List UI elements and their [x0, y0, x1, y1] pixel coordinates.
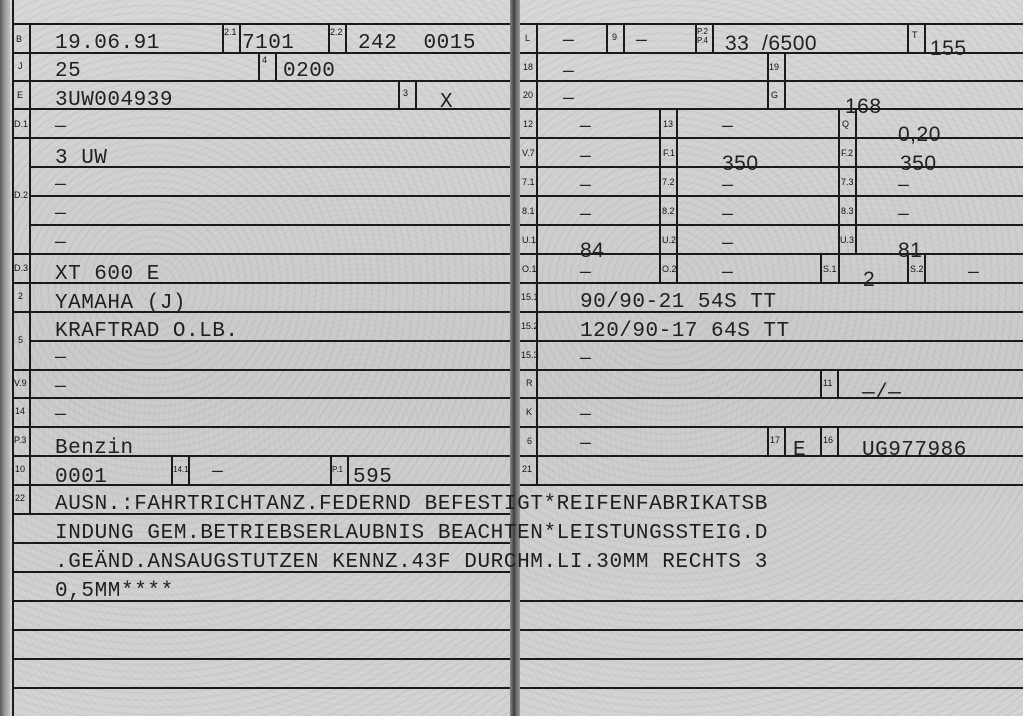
field-code: U.3 [840, 236, 854, 245]
field-value: — [968, 264, 979, 282]
remarks-line: 0,5MM**** [55, 581, 174, 602]
field-value: 242 0015 [358, 33, 476, 54]
field-value: 3UW004939 [55, 90, 173, 111]
field-value: — [580, 350, 591, 368]
field-value: — [580, 118, 591, 136]
remarks-line: INDUNG GEM.BETRIEBSERLAUBNIS BEACHTEN*LE… [55, 523, 768, 544]
field-code: O.2 [662, 265, 677, 274]
remarks-line: .GEÄND.ANSAUGSTUTZEN KENNZ.43F DURCHM.LI… [55, 552, 768, 573]
field-code: 4 [262, 56, 267, 65]
field-value: 81 [898, 240, 922, 261]
field-value: 33 /6500 [725, 33, 817, 54]
field-code: 15.2 [521, 322, 539, 331]
field-value: 2 [863, 269, 875, 290]
field-code: 21 [522, 465, 532, 474]
field-value: X [440, 92, 453, 113]
remarks-line: AUSN.:FAHRTRICHTANZ.FEDERND BEFESTIGT*RE… [55, 494, 768, 515]
field-value: — [722, 264, 733, 282]
field-code: 17 [770, 436, 780, 445]
field-value: —/— [862, 383, 901, 404]
field-value: — [55, 406, 66, 424]
field-value: 0,20 [898, 124, 941, 145]
field-value: — [563, 32, 574, 50]
field-value: — [722, 118, 733, 136]
field-code: V.9 [14, 379, 27, 388]
field-code: S.1 [823, 265, 837, 274]
field-value: — [55, 205, 66, 223]
field-value: 350 [900, 153, 937, 174]
field-code: R [526, 379, 533, 388]
field-value: — [55, 349, 66, 367]
field-code: J [18, 62, 23, 71]
field-value: — [722, 177, 733, 195]
field-value: 168 [845, 96, 882, 117]
field-value: — [563, 63, 574, 81]
field-code: 8.3 [841, 207, 854, 216]
field-code: U.2 [662, 236, 676, 245]
field-code: 3 [403, 89, 408, 98]
field-code: 6 [527, 437, 532, 446]
field-value: — [580, 177, 591, 195]
field-code: Q [842, 120, 849, 129]
field-code: O.1 [522, 265, 537, 274]
field-code: G [771, 91, 778, 100]
field-code: D.2 [14, 191, 28, 200]
field-value: 90/90-21 54S TT [580, 292, 777, 313]
field-value: 0200 [283, 61, 335, 82]
field-value: 0001 [55, 467, 107, 488]
field-code: 13 [663, 120, 673, 129]
field-value: — [898, 206, 909, 224]
field-code: 19 [769, 63, 779, 72]
field-value: 84 [580, 240, 604, 261]
field-code: 7.2 [662, 178, 675, 187]
field-code: K [526, 408, 532, 417]
field-code: V.7 [522, 149, 535, 158]
field-value: 7101 [242, 33, 294, 54]
field-code: 12 [523, 120, 533, 129]
field-code: D.3 [14, 264, 28, 273]
field-code: 8.1 [522, 207, 535, 216]
field-value: — [722, 235, 733, 253]
field-code: 7.3 [841, 178, 854, 187]
field-value: XT 600 E [55, 264, 160, 285]
field-value: 350 [722, 153, 759, 174]
field-value: 595 [353, 467, 392, 488]
field-code: 2.1 [224, 28, 237, 37]
field-code: 11 [823, 379, 832, 388]
field-code: 20 [523, 91, 533, 100]
field-code: 15.1 [521, 293, 539, 302]
field-code: 10 [15, 465, 25, 474]
field-code: D.1 [14, 120, 28, 129]
field-value: — [580, 406, 591, 424]
field-value: — [580, 264, 591, 282]
field-value: — [55, 234, 66, 252]
field-value: — [580, 148, 591, 166]
field-code: 18 [523, 63, 533, 72]
field-value: — [722, 206, 733, 224]
field-value: 120/90-17 64S TT [580, 321, 790, 342]
field-code: 15.3 [521, 351, 539, 360]
field-code: F.2 [841, 149, 853, 158]
field-value: — [580, 435, 591, 453]
field-code: T [912, 31, 918, 40]
field-value: — [898, 177, 909, 195]
field-value: E [793, 440, 806, 461]
field-value: — [55, 118, 66, 136]
field-value: 25 [55, 61, 81, 82]
field-code: 8.2 [662, 207, 675, 216]
field-value: — [55, 176, 66, 194]
book-gutter [510, 0, 520, 716]
field-code: P.2 P.4 [697, 27, 711, 45]
field-value: — [636, 32, 647, 50]
field-code: F.1 [663, 149, 675, 158]
field-value: 19.06.91 [55, 33, 160, 54]
field-code: 16 [823, 436, 833, 445]
field-value: UG977986 [862, 440, 967, 461]
page-edge [0, 0, 10, 716]
field-code: E [17, 91, 23, 100]
field-code: P.1 [332, 466, 343, 474]
field-code: 2 [18, 292, 23, 301]
field-code: S.2 [910, 265, 924, 274]
field-code: U.1 [522, 236, 536, 245]
field-code: 14.1 [173, 466, 189, 474]
field-code: B [16, 35, 22, 44]
field-code: 9 [612, 33, 617, 42]
field-code: 22 [15, 494, 25, 503]
field-code: 7.1 [522, 178, 535, 187]
field-code: 14 [15, 407, 25, 416]
field-value: — [55, 378, 66, 396]
field-code: L [525, 34, 530, 43]
field-value: 155 [930, 38, 967, 59]
field-value: — [580, 206, 591, 224]
field-code: P.3 [14, 436, 26, 445]
field-value: — [563, 90, 574, 108]
field-code: 2.2 [330, 28, 343, 37]
field-code: 5 [18, 336, 23, 345]
field-value: 3 UW [55, 148, 107, 169]
field-value: KRAFTRAD O.LB. [55, 321, 238, 342]
field-value: YAMAHA (J) [55, 293, 186, 314]
field-value: Benzin [55, 438, 134, 459]
field-value: — [212, 463, 223, 481]
